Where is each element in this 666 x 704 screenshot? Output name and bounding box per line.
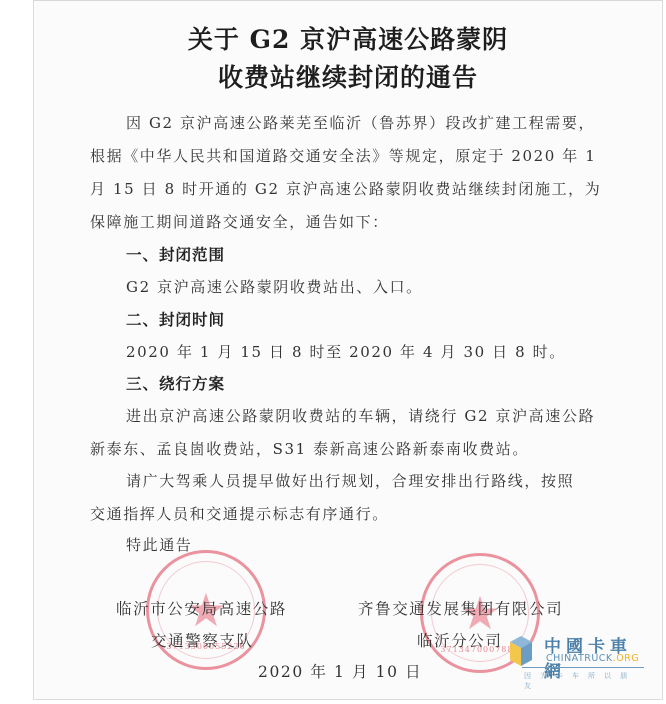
section-heading-scope: 一、封闭范围 [126,243,225,265]
signatory-1-line2: 交通警察支队 [151,629,254,651]
advice-line: 交通指挥人员和交通提示标志有序通行。 [90,503,389,524]
intro-line: 月 15 日 8 时开通的 G2 京沪高速公路蒙阴收费站继续封闭施工，为 [90,178,601,199]
watermark-slogan: 因为卡车所以朋友 [524,671,650,691]
page-top-border [34,0,662,1]
signatory-2-line2: 临沂分公司 [417,629,503,651]
chinatruck-watermark: 中國卡車網 CHINATRUCK.ORG 因为卡车所以朋友 [510,632,650,682]
signatory-2-line1: 齐鲁交通发展集团有限公司 [358,597,563,619]
intro-line: 保障施工期间道路交通安全，通告如下： [90,211,389,232]
document-page: 关于 G2 京沪高速公路蒙阴 收费站继续封闭的通告 因 G2 京沪高速公路莱芜至… [33,0,663,700]
section-text: G2 京沪高速公路蒙阴收费站出、入口。 [126,276,423,297]
watermark-divider [522,667,644,668]
section-text: 新泰东、孟良崮收费站，S31 泰新高速公路新泰南收费站。 [90,438,529,459]
signatory-1-line1: 临沂市公安局高速公路 [116,597,287,619]
closing-text: 特此通告 [126,534,192,555]
section-heading-time: 二、封闭时间 [126,308,225,330]
document-date: 2020 年 1 月 10 日 [258,660,422,682]
watermark-name-en: CHINATRUCK.ORG [546,653,639,664]
intro-line: 根据《中华人民共和国道路交通安全法》等规定，原定于 2020 年 1 [90,145,596,166]
document-title-line1: 关于 G2 京沪高速公路蒙阴 [34,20,662,56]
section-text: 2020 年 1 月 15 日 8 时至 2020 年 4 月 30 日 8 时… [126,341,566,362]
advice-line: 请广大驾乘人员提早做好出行规划，合理安排出行路线，按照 [126,470,574,491]
document-title-line2: 收费站继续封闭的通告 [34,58,662,94]
cube-logo-icon [510,636,532,666]
intro-line: 因 G2 京沪高速公路莱芜至临沂（鲁苏界）段改扩建工程需要， [126,112,595,133]
section-text: 进出京沪高速公路蒙阴收费站的车辆，请绕行 G2 京沪高速公路 [126,405,595,426]
section-heading-detour: 三、绕行方案 [126,372,225,394]
